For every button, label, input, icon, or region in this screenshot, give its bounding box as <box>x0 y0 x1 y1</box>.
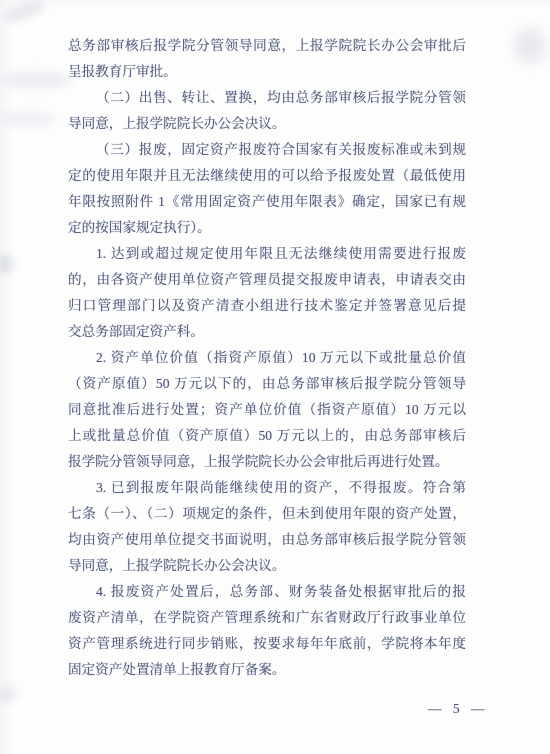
text-line: 定的使用年限并且无法继续使用的可以给予报废处置（最低使用 <box>68 163 466 189</box>
page-number: — 5 — <box>428 701 489 717</box>
text-line: 导同意，上报学院院长办公会决议。 <box>68 553 466 579</box>
text-line: 2. 资产单位价值（指资产原值）10 万元以下或批量总价值 <box>68 345 466 371</box>
text-line: （二）出售、转让、置换，均由总务部审核后报学院分管领 <box>68 85 466 111</box>
scan-artifact <box>514 28 546 64</box>
text-line: 归口管理部门以及资产清查小组进行技术鉴定并签署意见后提 <box>68 293 466 319</box>
scan-artifact <box>0 686 17 701</box>
scan-artifact <box>1 0 47 25</box>
text-line: 固定资产处置清单上报教育厅备案。 <box>68 657 466 683</box>
text-line: 同意批准后进行处置；资产单位价值（指资产原值）10 万元以 <box>68 397 466 423</box>
text-line: 4. 报废资产处置后，总务部、财务装备处根据审批后的报 <box>68 579 466 605</box>
text-line: 七条（一）、（二）项规定的条件，但未到使用年限的资产处置， <box>68 501 466 527</box>
text-line: 定的按国家规定执行）。 <box>68 215 466 241</box>
text-line: 年限按照附件 1《常用固定资产使用年限表》确定，国家已有规 <box>68 189 466 215</box>
text-line: 废资产清单，在学院资产管理系统和广东省财政厅行政事业单位 <box>68 605 466 631</box>
text-line: 导同意，上报学院院长办公会决议。 <box>68 111 466 137</box>
text-line: 呈报教育厅审批。 <box>68 59 466 85</box>
text-line: 1. 达到或超过规定使用年限且无法继续使用需要进行报废 <box>68 241 466 267</box>
scan-artifact <box>0 254 14 274</box>
text-line: （资产原值）50 万元以下的，由总务部审核后报学院分管领导 <box>68 371 466 397</box>
document-page: 总务部审核后报学院分管领导同意，上报学院院长办公会审批后呈报教育厅审批。（二）出… <box>0 0 550 754</box>
text-line: 均由资产使用单位提交书面说明，由总务部审核后报学院分管领 <box>68 527 466 553</box>
text-line: 总务部审核后报学院分管领导同意，上报学院院长办公会审批后 <box>68 33 466 59</box>
text-line: 上或批量总价值（资产原值）50 万元以上的，由总务部审核后 <box>68 423 466 449</box>
document-body: 总务部审核后报学院分管领导同意，上报学院院长办公会审批后呈报教育厅审批。（二）出… <box>68 33 466 683</box>
text-line: 资产管理系统进行同步销账，按要求每年年底前，学院将本年度 <box>68 631 466 657</box>
text-line: 交总务部固定资产科。 <box>68 319 466 345</box>
text-line: 的，由各资产使用单位资产管理员提交报废申请表，申请表交由 <box>68 267 466 293</box>
scan-artifact <box>0 112 56 126</box>
text-line: 3. 已到报废年限尚能继续使用的资产，不得报废。符合第 <box>68 475 466 501</box>
text-line: （三）报废，固定资产报废符合国家有关报废标准或未到规 <box>68 137 466 163</box>
scan-artifact <box>0 72 72 88</box>
text-line: 报学院分管领导同意，上报学院院长办公会审批后再进行处置。 <box>68 449 466 475</box>
